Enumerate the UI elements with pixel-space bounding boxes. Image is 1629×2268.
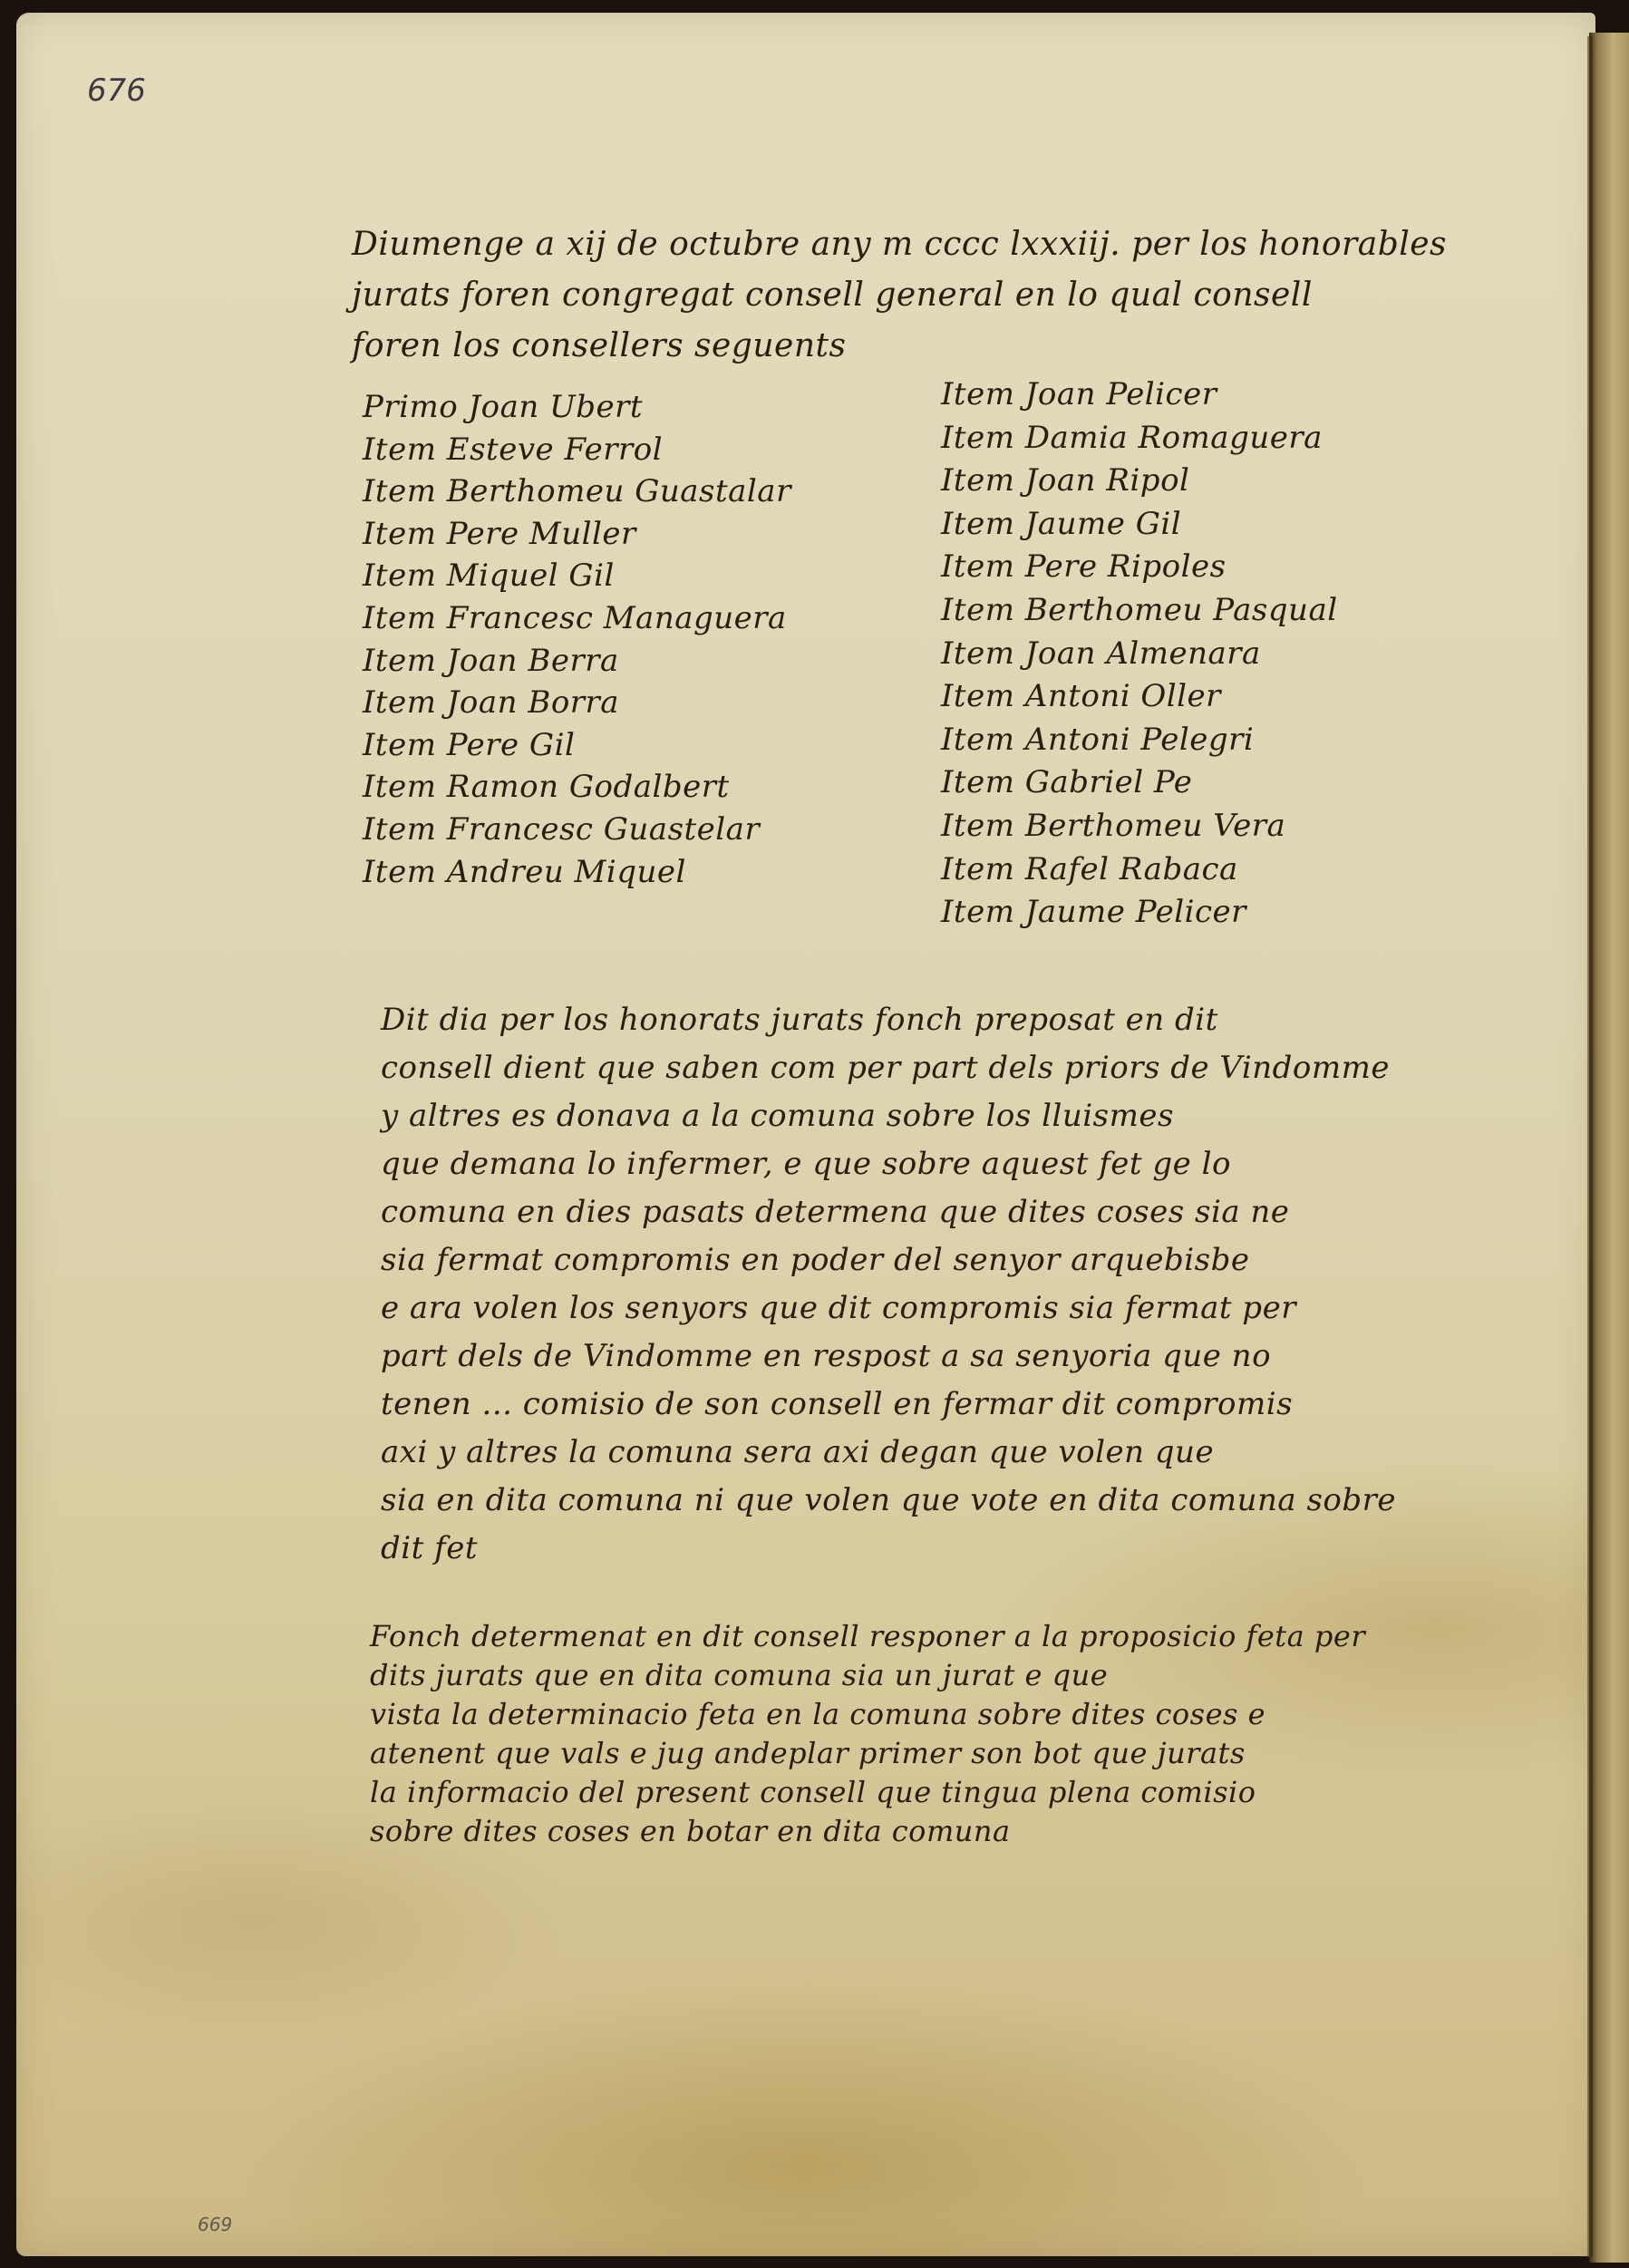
folio-number-bottom: 669	[198, 2214, 232, 2235]
proposal-paragraph: Dit dia per los honorats jurats fonch pr…	[381, 996, 1378, 1573]
attendee-name: Item Joan Berra	[363, 640, 791, 683]
paragraph-line: Fonch determenat en dit consell responer…	[370, 1617, 1421, 1656]
attendee-name: Item Francesc Guastelar	[363, 809, 791, 851]
folio-number-top: 676	[87, 73, 146, 109]
attendee-name: Item Miquel Gil	[363, 555, 791, 597]
paragraph-line: sia en dita comuna ni que volen que vote…	[381, 1477, 1378, 1525]
attendee-name: Item Gabriel Pe	[941, 761, 1338, 805]
paragraph-line: consell dient que saben com per part del…	[381, 1044, 1378, 1092]
attendee-name: Item Francesc Managuera	[363, 597, 791, 640]
attendee-name: Item Pere Gil	[363, 724, 791, 767]
attendee-name: Item Pere Muller	[363, 513, 791, 556]
paragraph-line: comuna en dies pasats determena que dite…	[381, 1188, 1378, 1236]
paragraph-line: part dels de Vindomme en respost a sa se…	[381, 1333, 1378, 1381]
paragraph-line: e ara volen los senyors que dit compromi…	[381, 1284, 1378, 1333]
attendee-name: Item Berthomeu Pasqual	[941, 589, 1338, 633]
attendee-name: Item Jaume Gil	[941, 503, 1338, 547]
resolution-paragraph: Fonch determenat en dit consell responer…	[370, 1617, 1421, 1851]
page-edge-shadow	[1587, 36, 1593, 2257]
paragraph-line: que demana lo infermer, e que sobre aque…	[381, 1140, 1378, 1188]
paragraph-line: sia fermat compromis en poder del senyor…	[381, 1236, 1378, 1284]
attendee-name: Item Esteve Ferrol	[363, 429, 791, 471]
attendees-left-column: Primo Joan Ubert Item Esteve Ferrol Item…	[363, 386, 791, 893]
attendee-name: Item Jaume Pelicer	[941, 891, 1338, 935]
paragraph-line: atenent que vals e jug andeplar primer s…	[370, 1734, 1421, 1773]
paragraph-line: axi y altres la comuna sera axi degan qu…	[381, 1429, 1378, 1477]
attendee-name: Primo Joan Ubert	[363, 386, 791, 429]
paragraph-line: y altres es donava a la comuna sobre los…	[381, 1092, 1378, 1140]
attendee-name: Item Damia Romaguera	[941, 417, 1338, 460]
paragraph-line: sobre dites coses en botar en dita comun…	[370, 1812, 1421, 1851]
heading-block: Diumenge a xij de octubre any m cccc lxx…	[352, 219, 1313, 372]
attendee-name: Item Rafel Rabaca	[941, 848, 1338, 892]
paragraph-line: la informacio del present consell que ti…	[370, 1773, 1421, 1812]
attendee-name: Item Andreu Miquel	[363, 851, 791, 894]
attendee-name: Item Antoni Oller	[941, 675, 1338, 719]
attendee-name: Item Berthomeu Vera	[941, 805, 1338, 848]
heading-line: jurats foren congregat consell general e…	[352, 270, 1313, 321]
paragraph-line: dits jurats que en dita comuna sia un ju…	[370, 1656, 1421, 1695]
paragraph-line: dit fet	[381, 1525, 1378, 1573]
attendees-right-column: Item Joan Pelicer Item Damia Romaguera I…	[941, 373, 1338, 935]
attendee-name: Item Joan Borra	[363, 682, 791, 724]
heading-line: Diumenge a xij de octubre any m cccc lxx…	[352, 219, 1313, 270]
manuscript-page: 676 Diumenge a xij de octubre any m cccc…	[16, 13, 1595, 2256]
attendee-name: Item Antoni Pelegri	[941, 719, 1338, 762]
attendee-name: Item Joan Almenara	[941, 633, 1338, 676]
attendee-name: Item Joan Pelicer	[941, 373, 1338, 417]
paragraph-line: tenen ... comisio de son consell en ferm…	[381, 1381, 1378, 1429]
attendee-name: Item Pere Ripoles	[941, 546, 1338, 589]
paragraph-line: Dit dia per los honorats jurats fonch pr…	[381, 996, 1378, 1044]
heading-line: foren los consellers seguents	[352, 321, 1313, 372]
attendee-name: Item Berthomeu Guastalar	[363, 470, 791, 513]
paragraph-line: vista la determinacio feta en la comuna …	[370, 1695, 1421, 1734]
attendee-name: Item Joan Ripol	[941, 460, 1338, 503]
adjacent-leaf-edge	[1589, 33, 1629, 2263]
attendee-name: Item Ramon Godalbert	[363, 766, 791, 809]
